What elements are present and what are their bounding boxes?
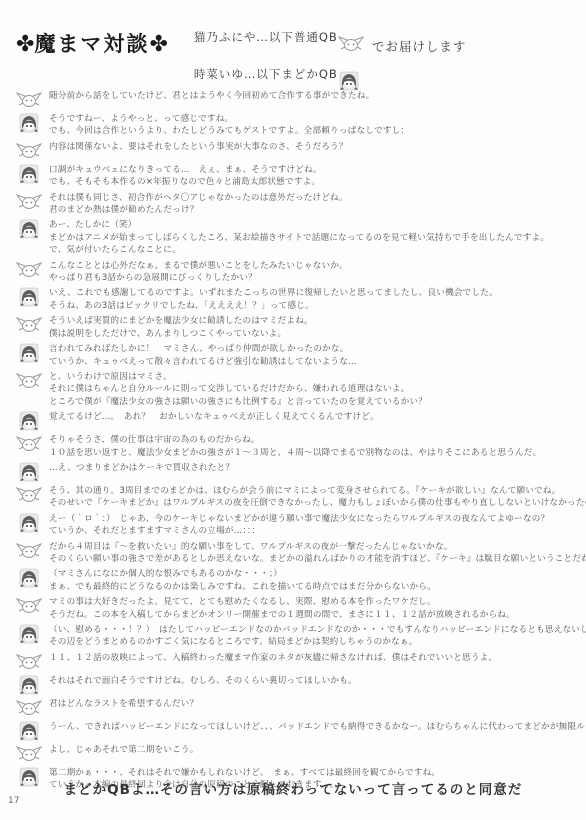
dialogue-line: （マミさんになにか個人的な恨みでもあるのかな・・・；） [49,568,578,580]
madoka-qb-avatar-icon [18,721,40,741]
qb-avatar-icon [16,744,42,764]
madoka-qb-avatar-icon [18,164,40,184]
madoka-qb-avatar-icon [18,287,40,307]
dialogue-row: 君はどんなラストを希望するんだい？ [14,698,578,718]
dialogue-line: いえ、これでも感謝してるのですよ。いずれまたこっちの世界に復帰したいと思ってまし… [49,287,578,299]
qb-avatar-icon [16,141,42,161]
dialogue-line: こんなこととは心外だなぁ。まるで僕が悪いことをしたみたいじゃないか。 [49,260,578,272]
dialogue-lines: １１、１２話の放映によって、入稿終わった魔まマ作家のネタが灰燼に帰さなければ、僕… [49,652,578,664]
dialogue-line: でも、そもそも本作るの×年振りなので色々と浦島太郎状態ですよ。 [49,176,578,188]
dialogue-line: そうですねー、ようやっと、って感じですね。 [49,113,578,125]
qb-avatar [14,541,44,561]
dialogue-line: うーん、できればハッピーエンドになってほしいけど、、、バッドエンドでも納得できる… [49,721,586,733]
dialogue-lines: えー（｀ロ｀：） じゃあ、今のケーキじゃないまどかが違う願い事で魔法少女になった… [49,513,578,538]
dialogue-lines: 内容は関係ないよ、要はそれをしたという事実が大事なのさ、そうだろう？ [49,141,578,153]
madoka-qb-avatar-icon [18,675,40,695]
qb-avatar [14,744,44,764]
dialogue-list: 随分前から話をしていたけど、君とはようやく今回初めて合作する事ができたね。 そう… [0,82,586,792]
dialogue-row: それは僕も同じさ、初合作がヘタ〇アじゃなかったのは意外だったけどね。君のまどか熱… [14,192,578,217]
dialogue-line: 僕は説明をしただけで、あんまりしつこくやっていないよ。 [49,328,578,340]
qb-avatar [14,434,44,454]
dialogue-lines: 覚えてるけど…。 あれ？ おかしいなキュゥべえが正しく見えてくるんですけど。 [49,411,578,423]
dialogue-line: そのせいで『ケーキまどか』はワルプルギスの夜を圧倒できなかったし、魔力もしょぼい… [49,497,586,509]
dialogue-row: 言われてみればたしかに！ マミさん、やっぱり仲間が欲しかったのかな。ていうか、キ… [14,343,578,368]
dialogue-row: あー、たしかに（笑）まどかはアニメが始まってしばらくしたころ、某お絵描きサイトで… [14,219,578,256]
qb-avatar-icon [16,485,42,505]
madoka-qb-avatar [14,675,44,695]
dialogue-row: マミの事は大好きだったよ。見てて、とても慰めたくなるし、実際、慰める本を作ったワ… [14,596,578,621]
dialogue-row: そりゃそうさ、僕の仕事は宇宙の為のものだからね。１０話を思い返すと、魔法少女まど… [14,434,578,459]
madoka-qb-avatar-icon [338,71,360,91]
dialogue-line: えー（｀ロ｀：） じゃあ、今のケーキじゃないまどかが違う願い事で魔法少女になった… [49,513,578,525]
dialogue-row: それはそれで面白そうですけどね。むしろ、そのくらい裏切ってほしいかも。 [14,675,578,695]
dialogue-row: （マミさんになにか個人的な恨みでもあるのかな・・・；）まぁ、でも最終的にどうなる… [14,568,578,593]
footer-note: まどかQBよ…その言い方は原稿終わってないって言ってるのと同意だ [0,778,586,798]
qb-avatar-icon [16,192,42,212]
qb-avatar [14,192,44,212]
dialogue-lines: （マミさんになにか個人的な恨みでもあるのかな・・・；）まぁ、でも最終的にどうなる… [49,568,578,593]
madoka-qb-avatar [14,113,44,133]
page-number: 17 [8,796,19,806]
dialogue-lines: だから４周目は『～を救いたい』的な願い事をして、ワルプルギスの夜が一撃だったんじ… [49,541,586,566]
dialogue-line: そういえば実質的にまどかを魔法少女に勧誘したのはマミだよね。 [49,315,578,327]
qb-avatar [14,596,44,616]
madoka-qb-avatar [14,462,44,482]
dialogue-lines: 君はどんなラストを希望するんだい？ [49,698,578,710]
dialogue-row: そう、其の通り。3周目までのまどかは、ほむらが会う前にマミによって変身させられて… [14,485,578,510]
dialogue-lines: そりゃそうさ、僕の仕事は宇宙の為のものだからね。１０話を思い返すと、魔法少女まど… [49,434,578,459]
dialogue-row: えー（｀ロ｀：） じゃあ、今のケーキじゃないまどかが違う願い事で魔法少女になった… [14,513,578,538]
dialogue-row: …え、つまりまどかはケーキで買収されたと？ [14,462,578,482]
dialogue-lines: いえ、これでも感謝してるのですよ。いずれまたこっちの世界に復帰したいと思ってまし… [49,287,578,312]
madoka-qb-avatar [14,164,44,184]
dialogue-lines: 言われてみればたしかに！ マミさん、やっぱり仲間が欲しかったのかな。ていうか、キ… [49,343,578,368]
dialogue-line: やっぱり君も3話からの急展開にびっくりしたかい？ [49,272,578,284]
madoka-qb-avatar-icon [18,624,40,644]
dialogue-line: 口調がキュウベェになりきってる… えぇ、まぁ、そうですけどね。 [49,164,578,176]
legend-line-qb: 猫乃ふにや…以下普通QB [194,20,364,54]
dialogue-row: こんなこととは心外だなぁ。まるで僕が悪いことをしたみたいじゃないか。やっぱり君も… [14,260,578,285]
legend-label: 猫乃ふにや…以下普通QB [194,29,338,45]
dialogue-line: それは僕も同じさ、初合作がヘタ〇アじゃなかったのは意外だったけどね。 [49,192,578,204]
dialogue-lines: うーん、できればハッピーエンドになってほしいけど、、、バッドエンドでも納得できる… [49,721,586,733]
madoka-qb-avatar [14,219,44,239]
dialogue-line: だから４周目は『～を救いたい』的な願い事をして、ワルプルギスの夜が一撃だったんじ… [49,541,586,553]
madoka-qb-avatar-icon [18,411,40,431]
dialogue-lines: …え、つまりまどかはケーキで買収されたと？ [49,462,578,474]
dialogue-line: まどかはアニメが始まってしばらくしたころ、某お絵描きサイトで話題になってるのを見… [49,232,578,244]
madoka-qb-avatar-icon [18,113,40,133]
header-tail-text: でお届けします [372,37,467,55]
dialogue-line: そうだね。この本を入稿してからまどかオンリー開催までの１週間の間で、まさに１１、… [49,609,578,621]
qb-avatar [14,652,44,672]
madoka-qb-avatar [14,513,44,533]
qb-avatar-icon [16,541,42,561]
dialogue-row: うーん、できればハッピーエンドになってほしいけど、、、バッドエンドでも納得できる… [14,721,578,741]
dialogue-row: と、いうわけで原因はマミさ。それに僕はちゃんと自分ルールに則って交渉しているだけ… [14,371,578,408]
madoka-qb-avatar [14,287,44,307]
qb-avatar [14,260,44,280]
dialogue-row: 覚えてるけど…。 あれ？ おかしいなキュゥべえが正しく見えてくるんですけど。 [14,411,578,431]
dialogue-line: そりゃそうさ、僕の仕事は宇宙の為のものだからね。 [49,434,578,446]
dialogue-line: 内容は関係ないよ、要はそれをしたという事実が大事なのさ、そうだろう？ [49,141,578,153]
madoka-qb-avatar [14,568,44,588]
dialogue-line: …え、つまりまどかはケーキで買収されたと？ [49,462,578,474]
page-title: ✤魔まマ対談✤ [16,28,168,58]
dialogue-line: （い、慰める・・・！？） はたしてハッピーエンドなのかバッドエンドなのか・・・で… [49,624,586,636]
legend-line-madoka-qb: 時菜いゆ…以下まどかQB [194,57,364,91]
dialogue-row: そうですねー、ようやっと、って感じですね。でも、今回は合作というより、わたしどう… [14,113,578,138]
qb-avatar-icon [16,371,42,391]
legend-label: 時菜いゆ…以下まどかQB [194,66,338,82]
clover-icon: ✤ [16,32,34,57]
dialogue-line: その辺をどうまとめるのかすごく気になるところです。結局まどかは契約しちゃうのかな… [49,636,586,648]
dialogue-row: 随分前から話をしていたけど、君とはようやく今回初めて合作する事ができたね。 [14,90,578,110]
madoka-qb-avatar-icon [18,462,40,482]
dialogue-line: 随分前から話をしていたけど、君とはようやく今回初めて合作する事ができたね。 [49,90,578,102]
qb-avatar-icon [16,652,42,672]
dialogue-line: それに僕はちゃんと自分ルールに則って交渉しているだけだから、嫌われる道理はないよ… [49,383,578,395]
dialogue-line: まぁ、でも最終的にどうなるのかは楽しみですね。これを描いてる時点ではまだ分からな… [49,581,578,593]
dialogue-line: １０話を思い返すと、魔法少女まどかの強さが１～３周と、４周～以降でまるで別物なの… [49,447,578,459]
dialogue-line: ていうか、それだとますますマミさんの立場が…：：： [49,525,578,537]
qb-avatar-icon [16,90,42,110]
dialogue-lines: あー、たしかに（笑）まどかはアニメが始まってしばらくしたころ、某お絵描きサイトで… [49,219,578,256]
dialogue-lines: （い、慰める・・・！？） はたしてハッピーエンドなのかバッドエンドなのか・・・で… [49,624,586,649]
dialogue-line: そう、其の通り。3周目までのまどかは、ほむらが会う前にマミによって変身させられて… [49,485,586,497]
dialogue-lines: それは僕も同じさ、初合作がヘタ〇アじゃなかったのは意外だったけどね。君のまどか熱… [49,192,578,217]
dialogue-line: よし、じゃあそれで第二期をいこう。 [49,744,578,756]
dialogue-line: 君のまどか熱は僕が勧めたんだっけ？ [49,204,578,216]
page-header: ✤魔まマ対談✤ 猫乃ふにや…以下普通QB 時菜いゆ…以下まどかQB [0,0,586,82]
speaker-legend: 猫乃ふにや…以下普通QB 時菜いゆ…以下まどかQB [194,20,364,91]
qb-avatar-icon [338,34,364,54]
madoka-qb-avatar-icon [18,219,40,239]
dialogue-lines: そうですねー、ようやっと、って感じですね。でも、今回は合作というより、わたしどう… [49,113,578,138]
dialogue-line: と、いうわけで原因はマミさ。 [49,371,578,383]
dialogue-line: それはそれで面白そうですけどね。むしろ、そのくらい裏切ってほしいかも。 [49,675,578,687]
dialogue-line: あー、たしかに（笑） [49,219,578,231]
legend-madoka-icon-slot [338,57,360,91]
dialogue-line: で、気が付いたらこんなことに。 [49,244,578,256]
dialogue-row: 口調がキュウベェになりきってる… えぇ、まぁ、そうですけどね。でも、そもそも本作… [14,164,578,189]
legend-qb-icon-slot [338,20,364,54]
madoka-qb-avatar [14,721,44,741]
dialogue-line: 言われてみればたしかに！ マミさん、やっぱり仲間が欲しかったのかな。 [49,343,578,355]
clover-icon: ✤ [149,32,167,57]
dialogue-line: ていうか、キュゥべえって散々言われてるけど強引な勧誘はしてないような… [49,356,578,368]
page-title-text: 魔まマ対談 [34,32,149,56]
madoka-qb-avatar [14,343,44,363]
dialogue-line: 覚えてるけど…。 あれ？ おかしいなキュゥべえが正しく見えてくるんですけど。 [49,411,578,423]
dialogue-row: よし、じゃあそれで第二期をいこう。 [14,744,578,764]
qb-avatar [14,315,44,335]
qb-avatar-icon [16,596,42,616]
dialogue-line: そうね、あの3話はビックリでしたね、「ええええ！？」って感じ。 [49,300,578,312]
dialogue-lines: それはそれで面白そうですけどね。むしろ、そのくらい裏切ってほしいかも。 [49,675,578,687]
doujin-talk-page: ✤魔まマ対談✤ 猫乃ふにや…以下普通QB 時菜いゆ…以下まどかQB [0,0,586,820]
qb-avatar-icon [16,260,42,280]
dialogue-row: だから４周目は『～を救いたい』的な願い事をして、ワルプルギスの夜が一撃だったんじ… [14,541,578,566]
qb-avatar [14,698,44,718]
dialogue-row: いえ、これでも感謝してるのですよ。いずれまたこっちの世界に復帰したいと思ってまし… [14,287,578,312]
qb-avatar-icon [16,698,42,718]
madoka-qb-avatar [14,624,44,644]
qb-avatar [14,90,44,110]
dialogue-line: そのくらい願い事の強さで差があるとしか思えないな。まどかの溢れんばかりの才能を消… [49,553,586,565]
dialogue-lines: と、いうわけで原因はマミさ。それに僕はちゃんと自分ルールに則って交渉しているだけ… [49,371,578,408]
dialogue-row: 内容は関係ないよ、要はそれをしたという事実が大事なのさ、そうだろう？ [14,141,578,161]
dialogue-lines: 口調がキュウベェになりきってる… えぇ、まぁ、そうですけどね。でも、そもそも本作… [49,164,578,189]
dialogue-line: ところで僕が『魔法少女の強さは願いの強さにも比例する』と言っていたのを覚えている… [49,396,578,408]
dialogue-line: 君はどんなラストを希望するんだい？ [49,698,578,710]
dialogue-row: １１、１２話の放映によって、入稿終わった魔まマ作家のネタが灰燼に帰さなければ、僕… [14,652,578,672]
dialogue-line: １１、１２話の放映によって、入稿終わった魔まマ作家のネタが灰燼に帰さなければ、僕… [49,652,578,664]
qb-avatar-icon [16,315,42,335]
madoka-qb-avatar-icon [18,513,40,533]
qb-avatar [14,485,44,505]
madoka-qb-avatar [14,411,44,431]
madoka-qb-avatar-icon [18,343,40,363]
dialogue-lines: マミの事は大好きだったよ。見てて、とても慰めたくなるし、実際、慰める本を作ったワ… [49,596,578,621]
dialogue-lines: そういえば実質的にまどかを魔法少女に勧誘したのはマミだよね。僕は説明をしただけで… [49,315,578,340]
qb-avatar-icon [16,434,42,454]
dialogue-line: でも、今回は合作というより、わたしどうみてもゲストですよ。全部頼りっぱなしですし… [49,125,578,137]
dialogue-lines: そう、其の通り。3周目までのまどかは、ほむらが会う前にマミによって変身させられて… [49,485,586,510]
dialogue-row: そういえば実質的にまどかを魔法少女に勧誘したのはマミだよね。僕は説明をしただけで… [14,315,578,340]
qb-avatar [14,141,44,161]
madoka-qb-avatar-icon [18,568,40,588]
dialogue-lines: よし、じゃあそれで第二期をいこう。 [49,744,578,756]
dialogue-lines: こんなこととは心外だなぁ。まるで僕が悪いことをしたみたいじゃないか。やっぱり君も… [49,260,578,285]
dialogue-line: マミの事は大好きだったよ。見てて、とても慰めたくなるし、実際、慰める本を作ったワ… [49,596,578,608]
qb-avatar [14,371,44,391]
dialogue-lines: 随分前から話をしていたけど、君とはようやく今回初めて合作する事ができたね。 [49,90,578,102]
dialogue-row: （い、慰める・・・！？） はたしてハッピーエンドなのかバッドエンドなのか・・・で… [14,624,578,649]
